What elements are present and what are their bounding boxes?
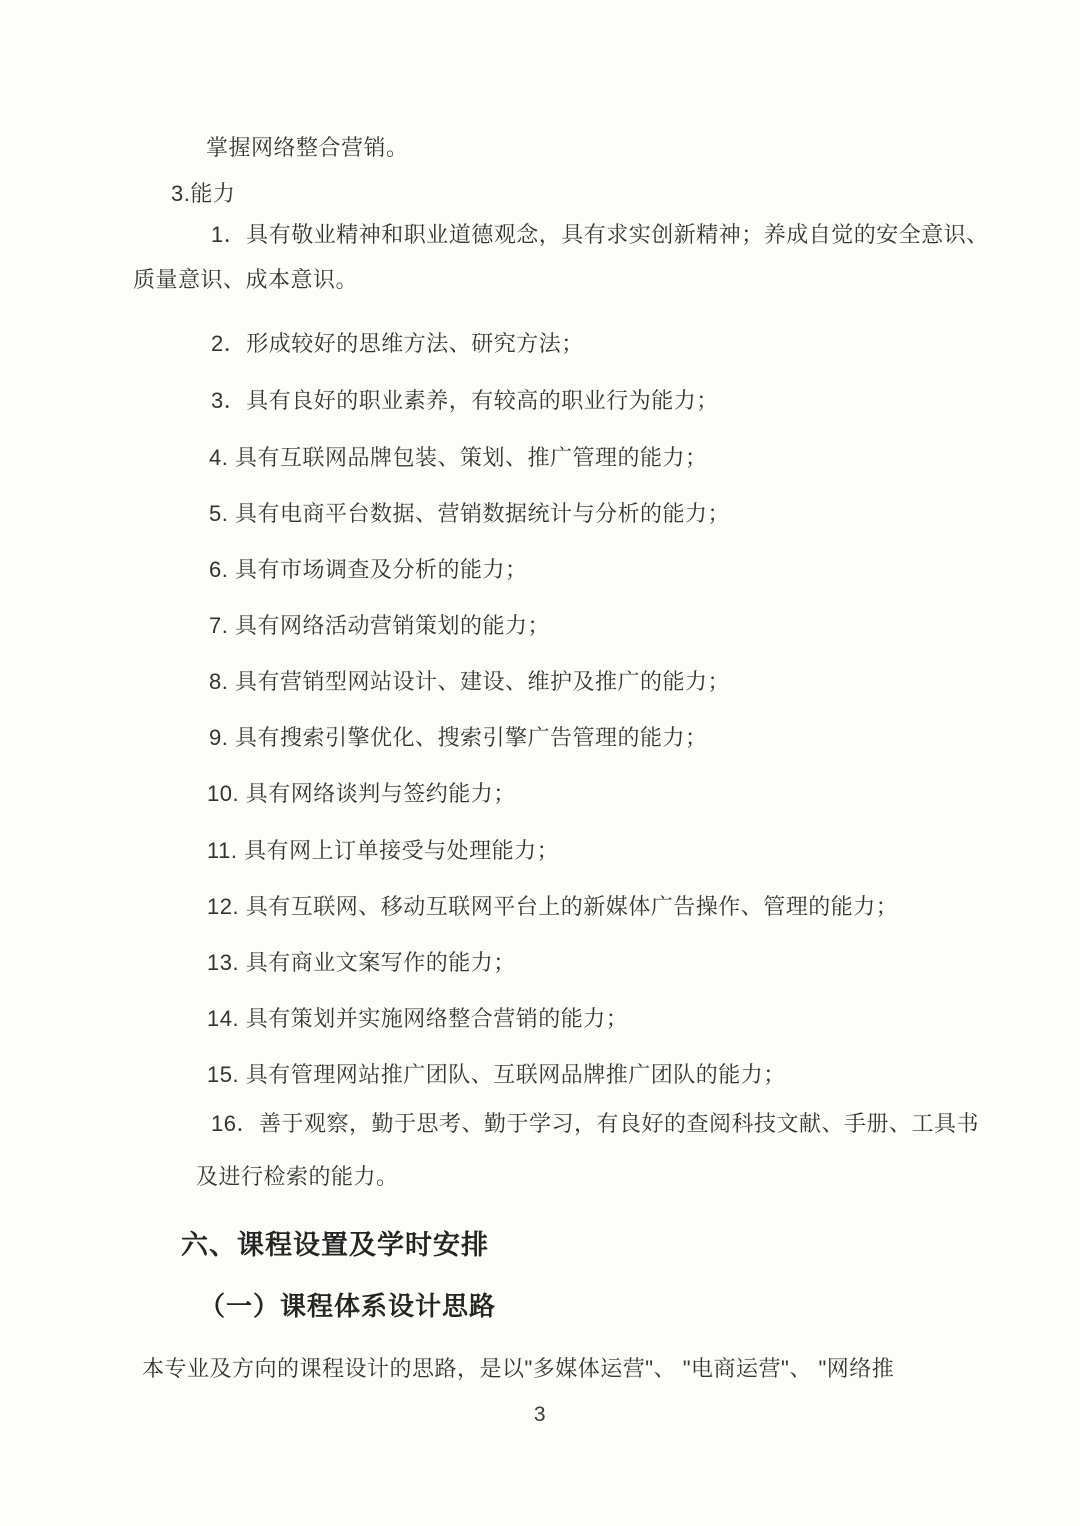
ability-item: 5. 具有电商平台数据、营销数据统计与分析的能力； bbox=[209, 500, 730, 529]
ability-item-16-line2: 及进行检索的能力。 bbox=[196, 1163, 399, 1192]
body-paragraph-line: 本专业及方向的课程设计的思路，是以"多媒体运营"、 "电商运营"、 "网络推 bbox=[142, 1355, 894, 1384]
intro-line: 掌握网络整合营销。 bbox=[206, 134, 409, 163]
ability-item: 3．具有良好的职业素养，有较高的职业行为能力； bbox=[211, 387, 719, 416]
ability-item: 7. 具有网络活动营销策划的能力； bbox=[209, 612, 550, 641]
ability-item: 4. 具有互联网品牌包装、策划、推广管理的能力； bbox=[209, 444, 707, 473]
ability-item: 14. 具有策划并实施网络整合营销的能力； bbox=[207, 1005, 628, 1034]
ability-item: 15. 具有管理网站推广团队、互联网品牌推广团队的能力； bbox=[207, 1061, 786, 1090]
ability-item: 13. 具有商业文案写作的能力； bbox=[207, 949, 516, 978]
ability-item: 2．形成较好的思维方法、研究方法； bbox=[211, 330, 584, 359]
section-label-ability: 3.能力 bbox=[171, 180, 235, 209]
ability-item: 6. 具有市场调查及分析的能力； bbox=[209, 556, 527, 585]
ability-item-1-line1: 1．具有敬业精神和职业道德观念，具有求实创新精神；养成自觉的安全意识、 bbox=[211, 221, 989, 250]
page-number: 3 bbox=[0, 1401, 1080, 1428]
ability-item: 11. 具有网上订单接受与处理能力； bbox=[207, 837, 559, 866]
ability-item: 10. 具有网络谈判与签约能力； bbox=[207, 780, 516, 809]
document-page: 掌握网络整合营销。 3.能力 1．具有敬业精神和职业道德观念，具有求实创新精神；… bbox=[0, 0, 1080, 1526]
subsection-heading-course-system: （一）课程体系设计思路 bbox=[199, 1290, 496, 1324]
ability-item: 9. 具有搜索引擎优化、搜索引擎广告管理的能力； bbox=[209, 724, 707, 753]
ability-item: 8. 具有营销型网站设计、建设、维护及推广的能力； bbox=[209, 668, 730, 697]
ability-item-1-line2: 质量意识、成本意识。 bbox=[133, 266, 358, 295]
ability-item: 12. 具有互联网、移动互联网平台上的新媒体广告操作、管理的能力； bbox=[207, 893, 898, 922]
section-heading-course-setup: 六、课程设置及学时安排 bbox=[181, 1228, 489, 1263]
ability-item-16-line1: 16．善于观察，勤于思考、勤于学习，有良好的查阅科技文献、手册、工具书 bbox=[211, 1110, 979, 1139]
